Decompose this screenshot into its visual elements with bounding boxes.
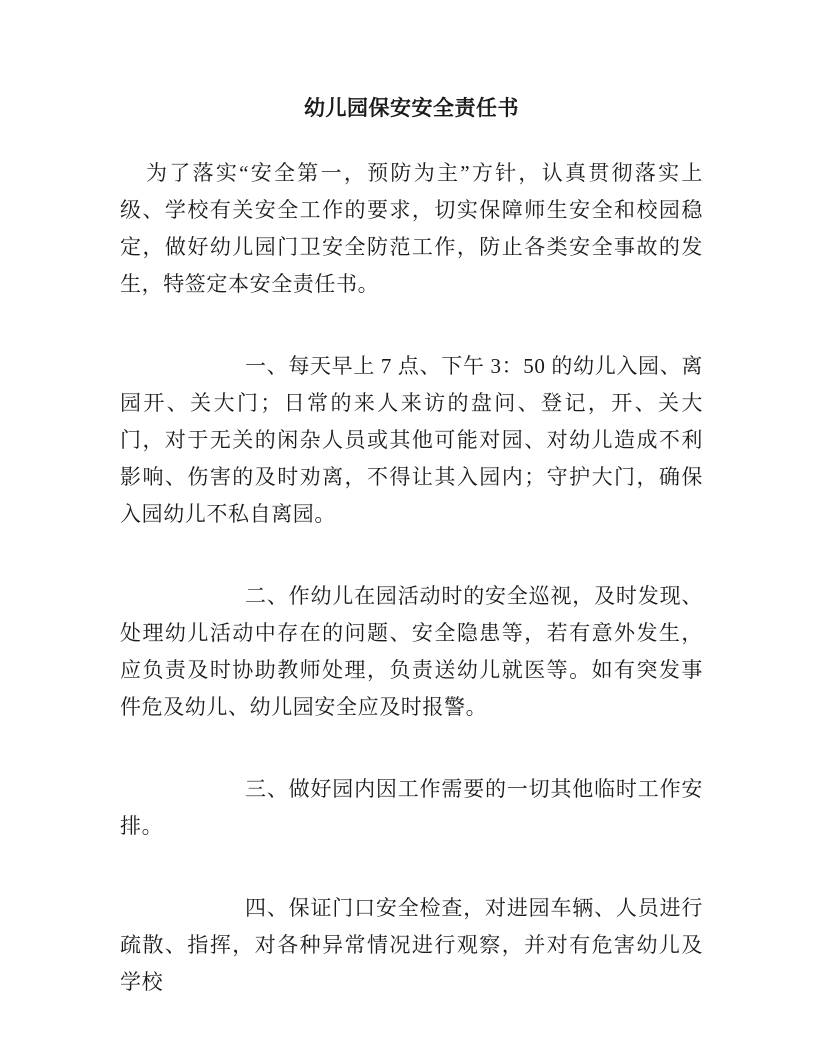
- paragraph-item-3: 三、做好园内因工作需要的一切其他临时工作安排。: [120, 771, 703, 845]
- document-title: 幼儿园保安安全责任书: [120, 90, 703, 127]
- paragraph-item-4: 四、保证门口安全检查，对进园车辆、人员进行疏散、指挥，对各种异常情况进行观察，并…: [120, 890, 703, 1001]
- paragraph-intro: 为了落实“安全第一，预防为主”方针，认真贯彻落实上级、学校有关安全工作的要求，切…: [120, 155, 703, 303]
- document-page: 幼儿园保安安全责任书 为了落实“安全第一，预防为主”方针，认真贯彻落实上级、学校…: [0, 0, 816, 1056]
- paragraph-item-2: 二、作幼儿在园活动时的安全巡视，及时发现、处理幼儿活动中存在的问题、安全隐患等，…: [120, 578, 703, 726]
- paragraph-item-1: 一、每天早上 7 点、下午 3：50 的幼儿入园、离园开、关大门；日常的来人来访…: [120, 348, 703, 533]
